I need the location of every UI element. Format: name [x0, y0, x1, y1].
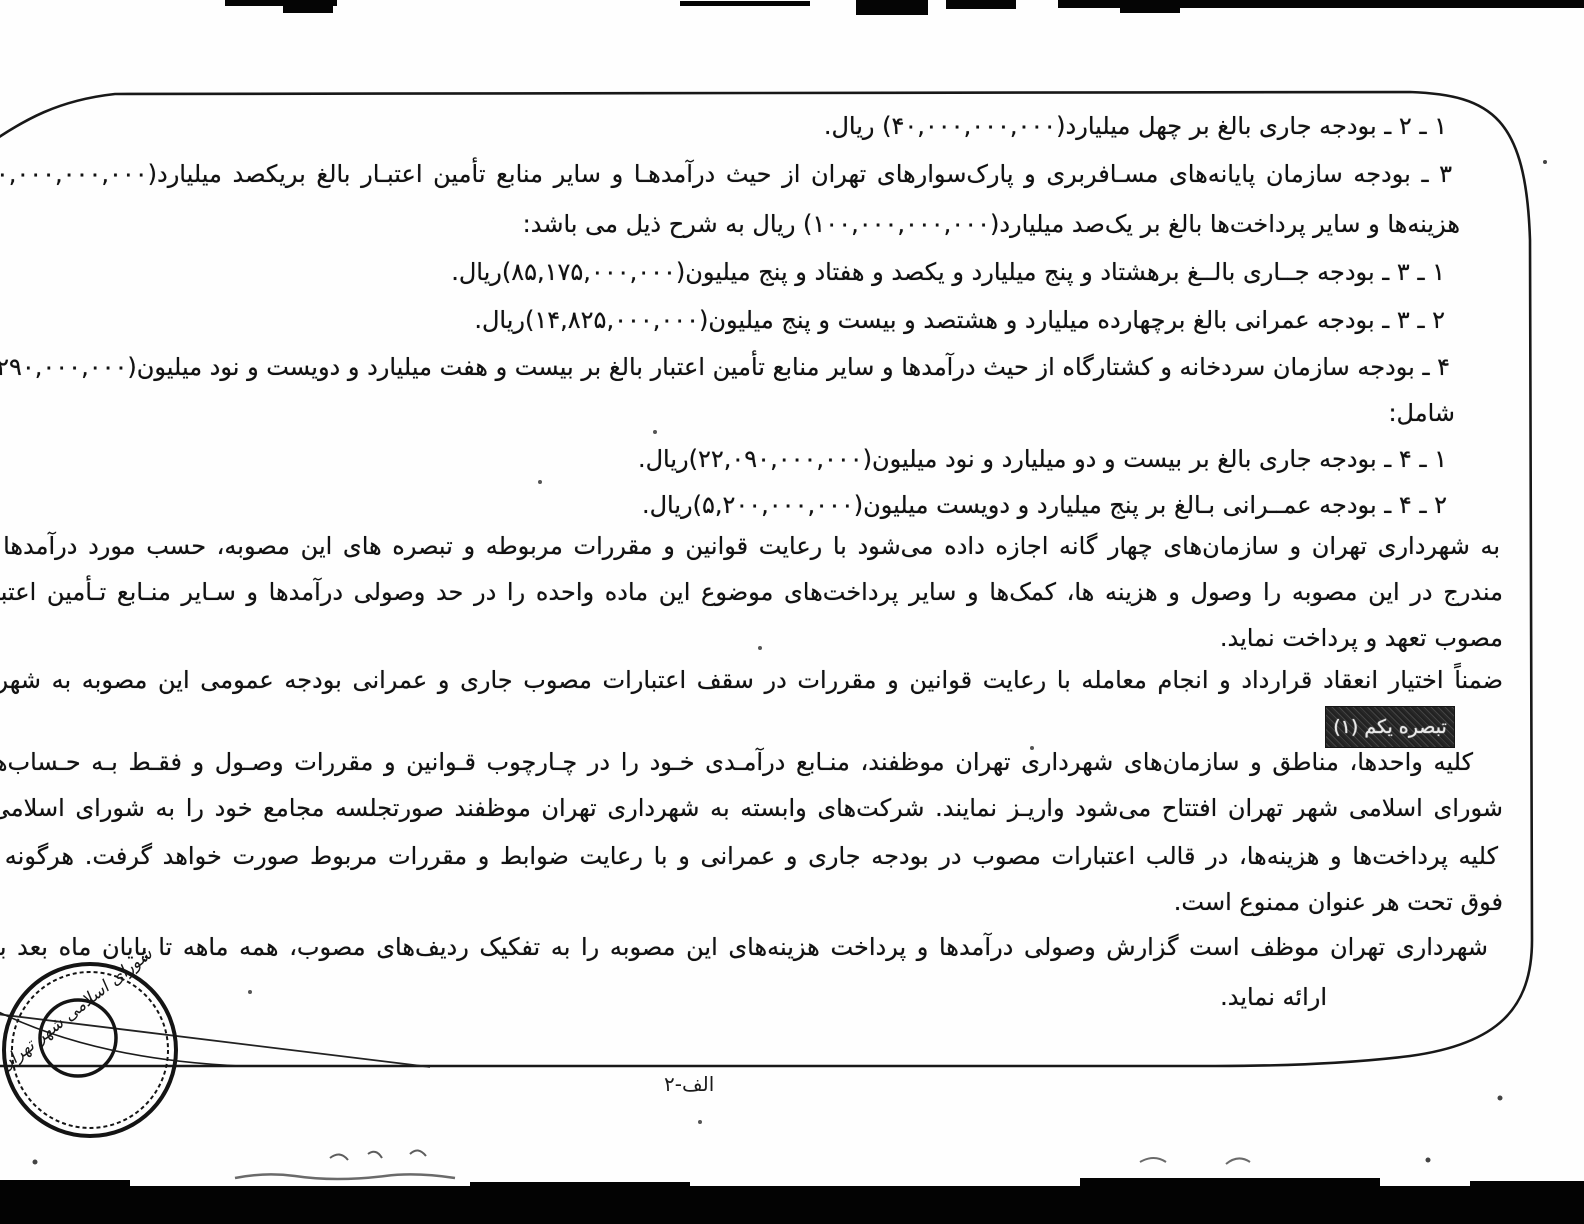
- line-item-3-terminals-org-budget: ۳ ـ بودجه سازمان پایانه‌های مسـافربری و …: [0, 160, 1452, 188]
- line-item-4-coldstore-slaughterhouse-budget: ۴ ـ بودجه سازمان سردخانه و کشتارگاه از ح…: [0, 353, 1450, 381]
- scanned-document-page: شورای اسلامی شهر تهران ۱ ـ ۲ ـ بودجه جار…: [0, 0, 1584, 1224]
- scan-speck-3: [653, 430, 657, 434]
- scan-speck-4: [758, 646, 762, 650]
- inverted-clause-header: تبصره یکم (۱): [1325, 706, 1455, 748]
- scan-artifact-bottom-ragged-1: [0, 1180, 130, 1188]
- line-units-revenue-duty: کلیه واحدها، مناطق و سازمان‌های شهرداری …: [0, 748, 1473, 776]
- scan-scribble-right: [1140, 1158, 1250, 1164]
- scan-scribble-marks: [330, 1150, 426, 1160]
- scan-speck-6: [248, 990, 252, 994]
- line-item-1-2-current-budget: ۱ ـ ۲ ـ بودجه جاری بالغ بر چهل میلیارد(۴…: [824, 112, 1447, 140]
- scan-artifact-top-4: [856, 0, 928, 15]
- line-submit-report: ارائه نماید.: [1220, 983, 1327, 1011]
- scan-artifact-top-6: [1058, 0, 1584, 8]
- line-payments-within-budget: کلیه پرداخت‌ها و هزینه‌ها، در قالب اعتبا…: [0, 842, 1498, 870]
- line-prohibited-payments: فوق تحت هر عنوان ممنوع است.: [1174, 888, 1503, 916]
- line-authorization-paragraph-2: مندرج در این مصوبه را وصول و هزینه ها، ک…: [0, 578, 1503, 606]
- scan-speck-8: [1426, 1158, 1431, 1163]
- line-authorization-paragraph-1: به شهرداری تهران و سازمان‌های چهار گانه …: [0, 532, 1500, 560]
- line-item-2-4-construction-budget: ۲ ـ ۴ ـ بودجه عمــرانی بـالغ بر پنج میلی…: [642, 491, 1447, 519]
- scan-artifact-bottom-ragged-3: [1080, 1178, 1380, 1188]
- line-contract-delegation: ضمناً اختیار انعقاد قرارداد و انجام معام…: [0, 666, 1503, 694]
- line-accounts-deposit: شورای اسلامی شهر تهران افتتاح می‌شود وار…: [0, 794, 1503, 822]
- line-item-1-4-current-budget: ۱ ـ ۴ ـ بودجه جاری بالغ بر بیست و دو میل…: [638, 445, 1447, 473]
- scan-speck-1: [1543, 160, 1547, 164]
- scan-artifact-top-7: [1120, 8, 1180, 13]
- scan-artifact-bottom-ragged-2: [470, 1182, 690, 1188]
- page-marker: الف-۲: [664, 1072, 714, 1096]
- scan-artifact-top-3: [680, 1, 810, 6]
- scan-speck-10: [698, 1120, 702, 1124]
- scan-artifact-top-2: [283, 0, 333, 13]
- scan-artifact-bottom-ragged-4: [1470, 1181, 1584, 1188]
- line-item-2-3-construction-budget: ۲ ـ ۳ ـ بودجه عمرانی بالغ برچهارده میلیا…: [474, 306, 1445, 334]
- line-authorization-paragraph-3: مصوب تعهد و پرداخت نماید.: [1220, 624, 1503, 652]
- scan-artifact-top-5: [946, 0, 1016, 9]
- scan-speck-2: [538, 480, 542, 484]
- scan-speck-9: [33, 1160, 38, 1165]
- scan-scribble-left: [235, 1174, 455, 1179]
- scan-artifact-bottom-band: [0, 1186, 1584, 1224]
- line-expenses-continuation: هزینه‌ها و سایر پرداخت‌ها بالغ بر یک‌صد …: [523, 210, 1460, 238]
- line-including-label: شامل:: [1388, 399, 1455, 427]
- scan-speck-7: [1498, 1096, 1503, 1101]
- line-item-1-3-current-budget: ۱ ـ ۳ ـ بودجه جــاری بالــغ برهشتاد و پن…: [451, 258, 1445, 286]
- line-monthly-report-duty: شهرداری تهران موظف است گزارش وصولی درآمد…: [0, 933, 1488, 961]
